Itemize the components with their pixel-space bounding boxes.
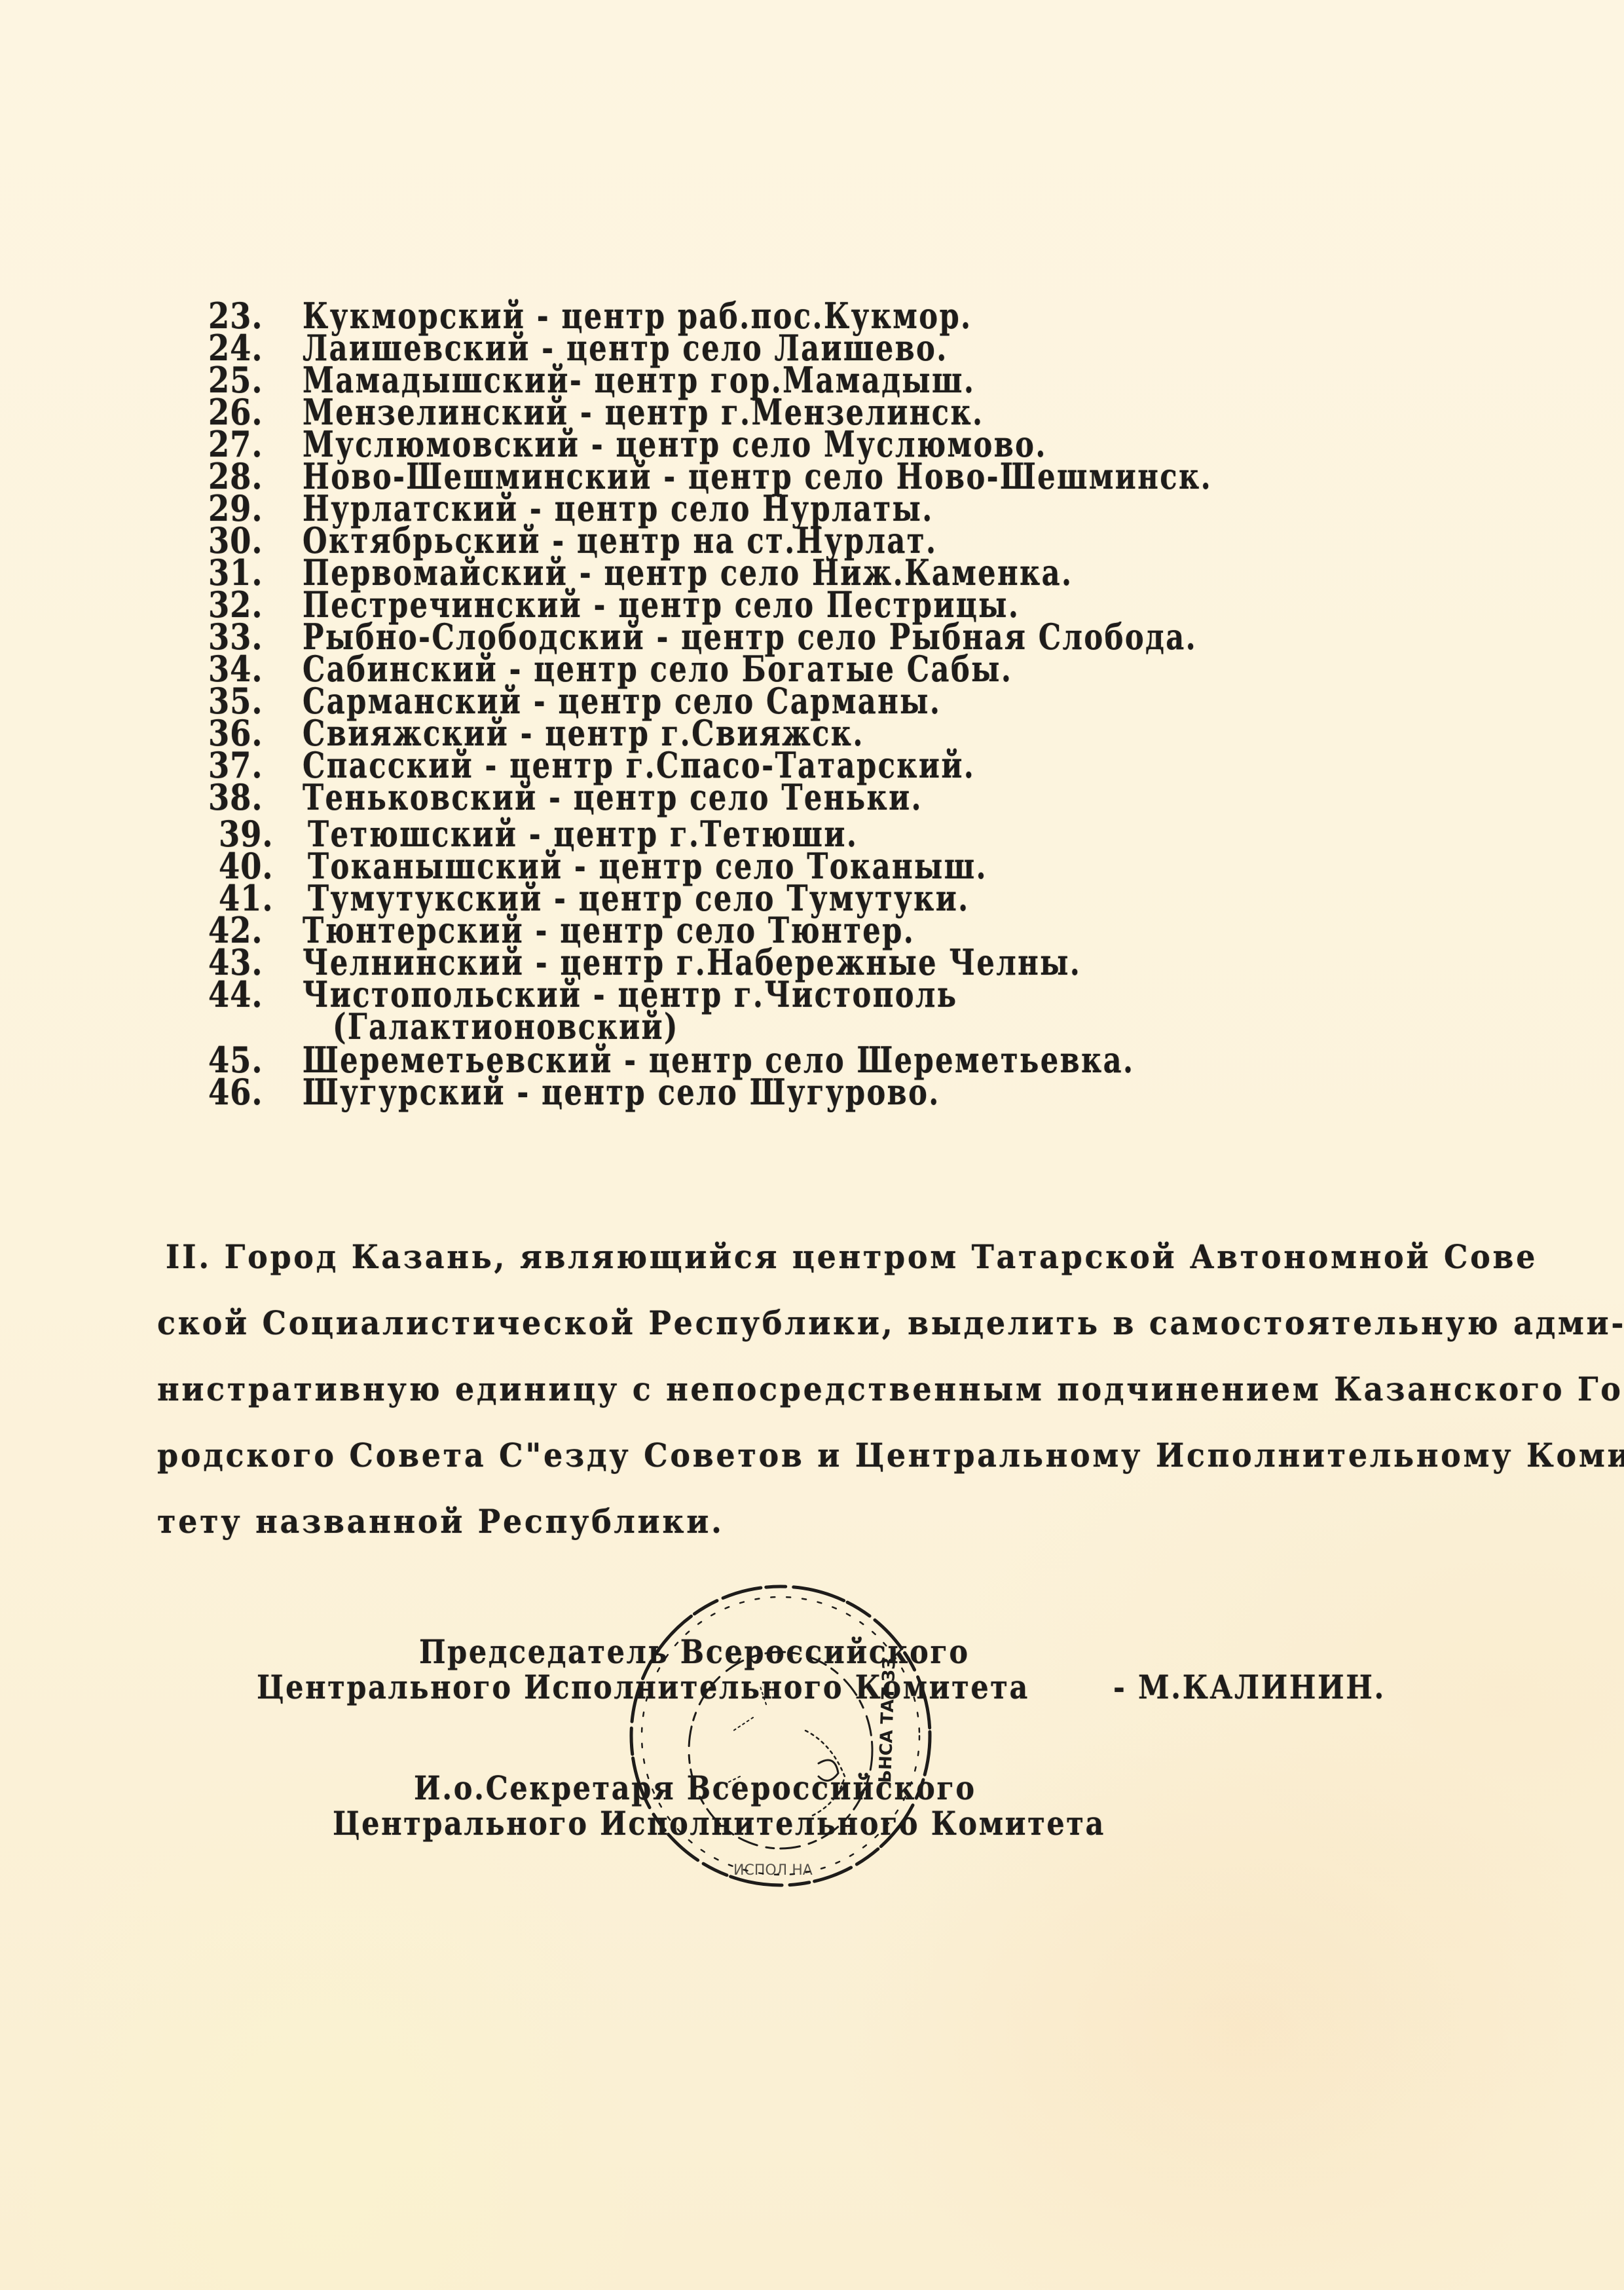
document-page: 23.Кукморский - центр раб.пос.Кукмор. 24… (0, 0, 1624, 2290)
item-subtext: (Галактионовский) (333, 1011, 679, 1043)
official-seal-icon: ЬНСА ТАТ ЗЗ. ИСПОЛ НА (609, 1567, 950, 1894)
item-number: 44. (208, 979, 263, 1011)
chairman-title-line-1: Председатель Всероссийского (419, 1632, 970, 1671)
paragraph-line: родского Совета С"езду Советов и Централ… (157, 1422, 1458, 1488)
chairman-title-line-2: Центрального Исполнительного Комитета (257, 1668, 1029, 1706)
item-number: 46. (208, 1076, 263, 1108)
secretary-title-line-1: И.о.Секретаря Всероссийского (414, 1769, 976, 1807)
paragraph-line: ской Социалистической Республики, выдели… (157, 1290, 1458, 1356)
item-text: Теньковский - центр село Теньки. (303, 781, 923, 814)
paragraph-line: нистративную единицу с непосредственным … (157, 1356, 1458, 1422)
secretary-title-line-2: Центрального Исполнительного Комитета (333, 1804, 1105, 1843)
kazan-paragraph: II. Город Казань, являющийся центром Тат… (157, 1224, 1572, 1554)
paragraph-line: II. Город Казань, являющийся центром Тат… (157, 1224, 1458, 1290)
stamp-bottom-text: ИСПОЛ НА (733, 1862, 813, 1879)
paragraph-line: тету названной Республики. (157, 1488, 1458, 1554)
item-number: 38. (208, 781, 263, 814)
chairman-name: - М.КАЛИНИН. (1113, 1668, 1386, 1706)
item-text: Шугурский - центр село Шугурово. (303, 1076, 940, 1108)
